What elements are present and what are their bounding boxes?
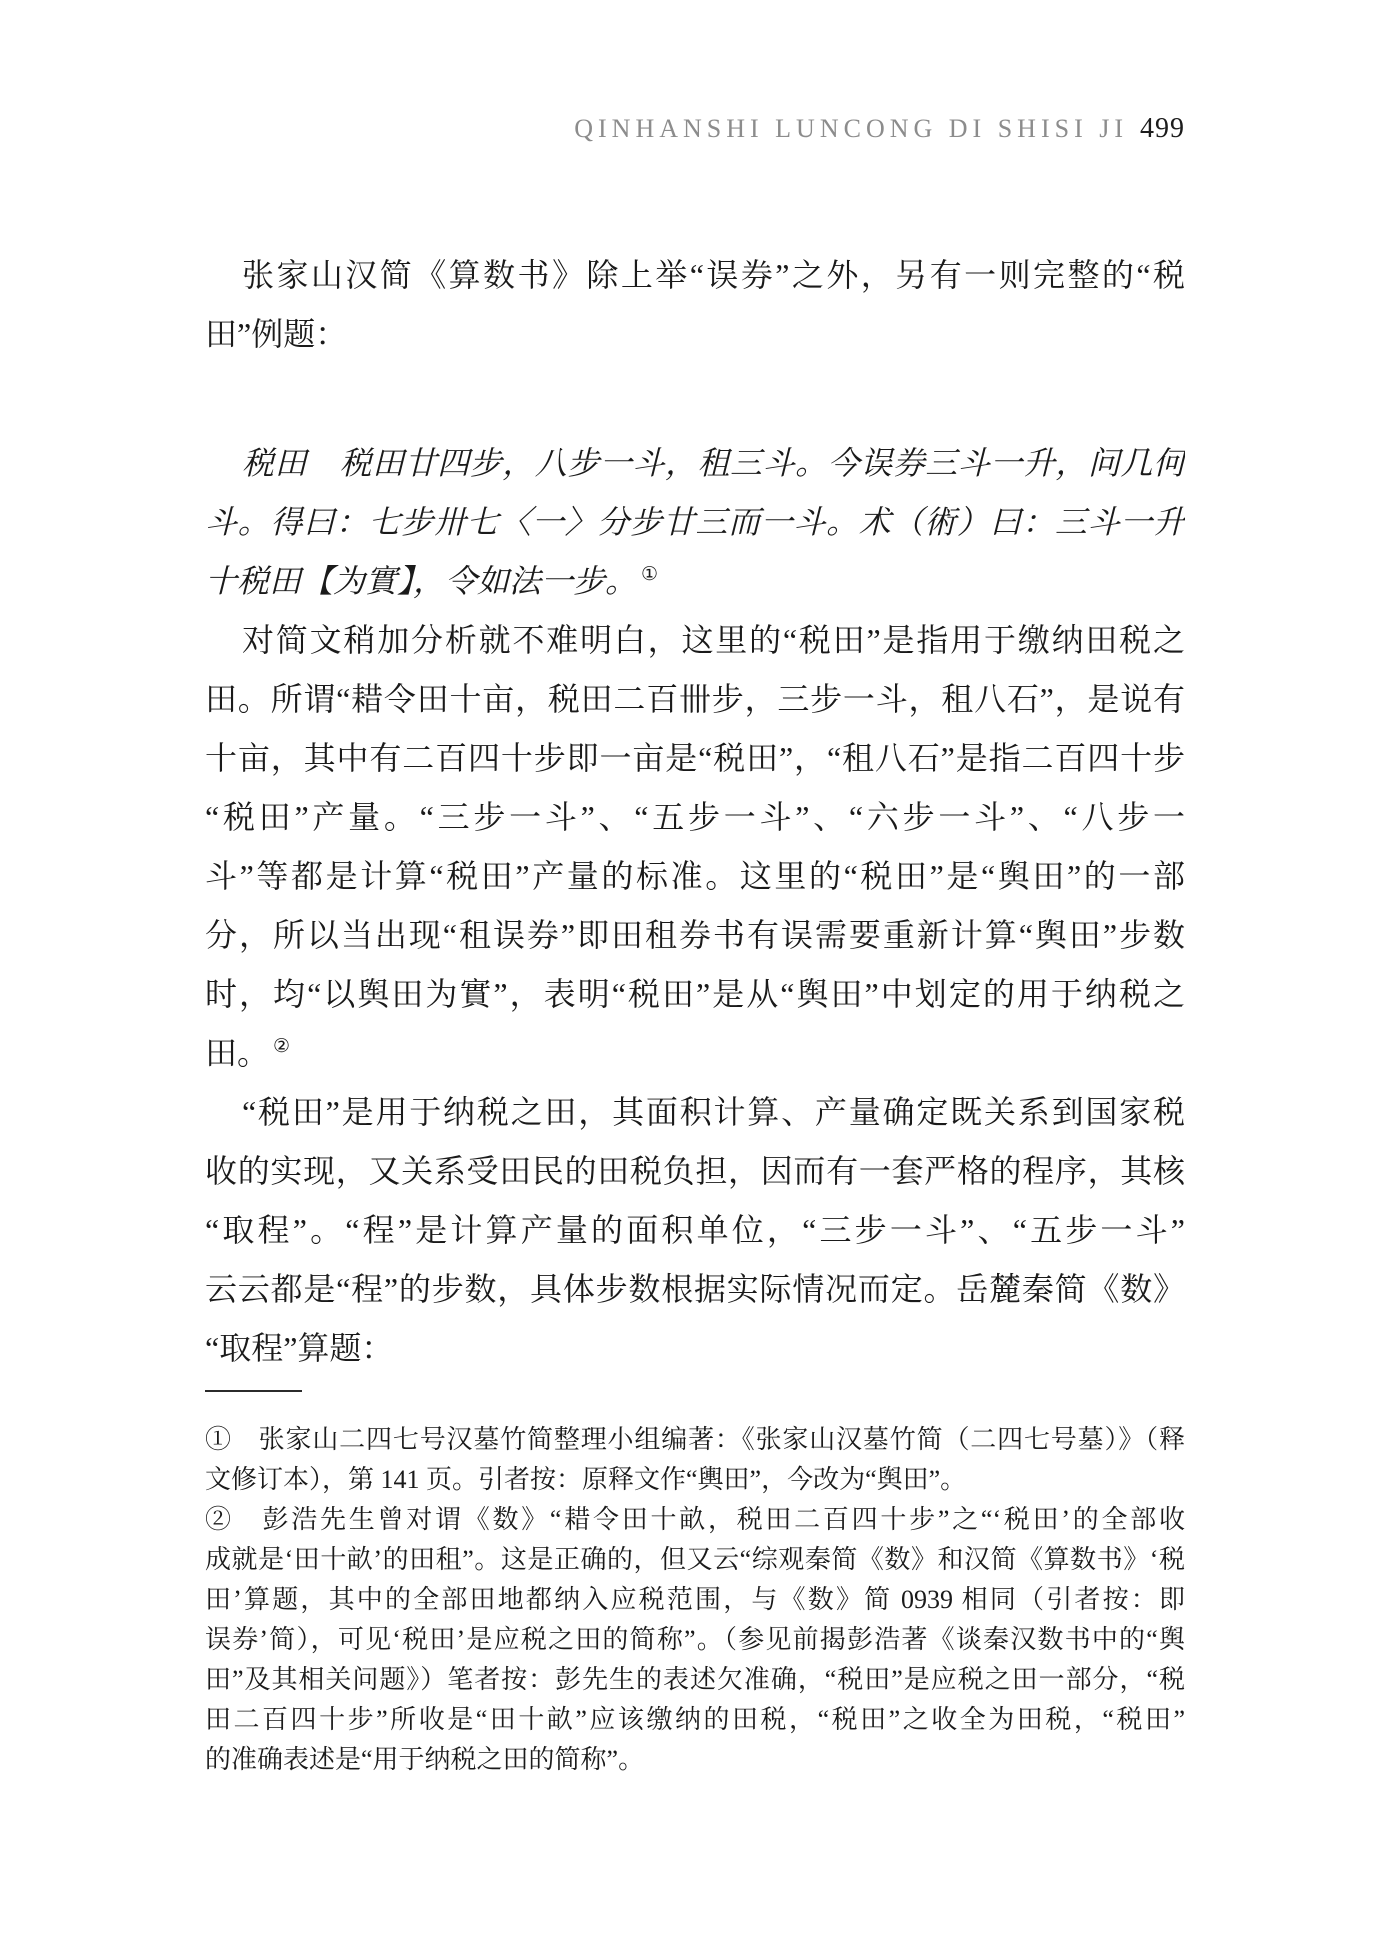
footnote-line: 田二百四十步”所收是“田十畝”应该缴纳的田税，“税田”之收全为田税，“税田”	[205, 1700, 1185, 1740]
text-line: 对简文稍加分析就不难明白，这里的“税田”是指用于缴纳田税之	[205, 611, 1185, 670]
analysis-last-line: 田。	[205, 1035, 269, 1071]
footnote-line: 成就是‘田十畝’的田租”。这是正确的，但又云“综观秦简《数》和汉简《算数书》‘税	[205, 1540, 1185, 1580]
text-line: 收的实现，又关系受田民的田税负担，因而有一套严格的程序，其核心是	[205, 1142, 1185, 1201]
page-number: 499	[1140, 113, 1185, 144]
footnote-line: 的准确表述是“用于纳税之田的简称”。	[205, 1740, 1185, 1780]
paragraph-analysis: 对简文稍加分析就不难明白，这里的“税田”是指用于缴纳田税之 田。所谓“耤令田十亩…	[205, 611, 1185, 1083]
footnote-line: ① 张家山二四七号汉墓竹简整理小组编著：《张家山汉墓竹简（二四七号墓）》（释	[205, 1420, 1185, 1460]
footnotes-section: ① 张家山二四七号汉墓竹简整理小组编著：《张家山汉墓竹简（二四七号墓）》（释 文…	[205, 1420, 1185, 1780]
footnote-ref-1: ①	[641, 564, 658, 585]
footnote-line: 田’算题，其中的全部田地都纳入应税范围，与《数》简 0939 相同（引者按：即《…	[205, 1580, 1185, 1620]
quote-last-line: 十税田【为實】，令如法一步。	[205, 563, 637, 599]
text-line: 田。②	[205, 1024, 1185, 1083]
text-line: 分，所以当出现“租误券”即田租券书有误需要重新计算“舆田”步数	[205, 906, 1185, 965]
text-line: 斗。得曰：七步卅七〈一〉分步廿三而一斗。术（術）曰：三斗一升者为法，	[205, 493, 1185, 552]
text-line: 斗”等都是计算“税田”产量的标准。这里的“税田”是“舆田”的一部	[205, 847, 1185, 906]
text-line: 张家山汉简《算数书》除上举“误券”之外，另有一则完整的“税	[205, 246, 1185, 305]
quoted-passage: 税田 税田廿四步，八步一斗，租三斗。今误券三斗一升，问几何步一 斗。得曰：七步卅…	[205, 434, 1185, 611]
text-line: “取程”算题：	[205, 1319, 1185, 1378]
text-line: 十税田【为實】，令如法一步。①	[205, 552, 1185, 611]
text-line: “税田”是用于纳税之田，其面积计算、产量确定既关系到国家税	[205, 1083, 1185, 1142]
footnote-line: 田”及其相关问题》）笔者按：彭先生的表述欠准确，“税田”是应税之田一部分，“税	[205, 1660, 1185, 1700]
text-line: 云云都是“程”的步数，具体步数根据实际情况而定。岳麓秦简《数》有	[205, 1260, 1185, 1319]
footnote-line: 误券’简），可见‘税田’是应税之田的简称”。（参见前揭彭浩著《谈秦汉数书中的“舆	[205, 1620, 1185, 1660]
text-line: “税田”产量。“三步一斗”、“五步一斗”、“六步一斗”、“八步一	[205, 788, 1185, 847]
footnote-ref-2: ②	[273, 1036, 290, 1057]
footnote-1: ① 张家山二四七号汉墓竹简整理小组编著：《张家山汉墓竹简（二四七号墓）》（释 文…	[205, 1420, 1185, 1500]
scanned-page: QINHANSHI LUNCONG DI SHISI JI499 张家山汉简《算…	[0, 0, 1386, 1938]
text-line: 时，均“以舆田为實”，表明“税田”是从“舆田”中划定的用于纳税之	[205, 965, 1185, 1024]
running-header: QINHANSHI LUNCONG DI SHISI JI499	[205, 112, 1185, 146]
text-line: 税田 税田廿四步，八步一斗，租三斗。今误券三斗一升，问几何步一	[205, 434, 1185, 493]
paragraph-intro: 张家山汉简《算数书》除上举“误券”之外，另有一则完整的“税 田”例题：	[205, 246, 1185, 364]
text-line: 田”例题：	[205, 305, 1185, 364]
footnote-line: ② 彭浩先生曾对谓《数》“耤令田十畝，税田二百四十步”之“‘税田’的全部收	[205, 1500, 1185, 1540]
text-line: 十亩，其中有二百四十步即一亩是“税田”，“租八石”是指二百四十步	[205, 729, 1185, 788]
footnote-2: ② 彭浩先生曾对谓《数》“耤令田十畝，税田二百四十步”之“‘税田’的全部收 成就…	[205, 1500, 1185, 1780]
footnote-line: 文修订本），第 141 页。引者按：原释文作“輿田”，今改为“舆田”。	[205, 1460, 1185, 1500]
main-text: 张家山汉简《算数书》除上举“误券”之外，另有一则完整的“税 田”例题： 税田 税…	[205, 246, 1185, 1378]
running-header-title: QINHANSHI LUNCONG DI SHISI JI	[574, 114, 1128, 143]
paragraph-discussion: “税田”是用于纳税之田，其面积计算、产量确定既关系到国家税 收的实现，又关系受田…	[205, 1083, 1185, 1378]
footnote-divider	[205, 1390, 302, 1392]
text-line: 田。所谓“耤令田十亩，税田二百卌步，三步一斗，租八石”，是说有田	[205, 670, 1185, 729]
text-line: “取程”。“程”是计算产量的面积单位，“三步一斗”、“五步一斗”	[205, 1201, 1185, 1260]
